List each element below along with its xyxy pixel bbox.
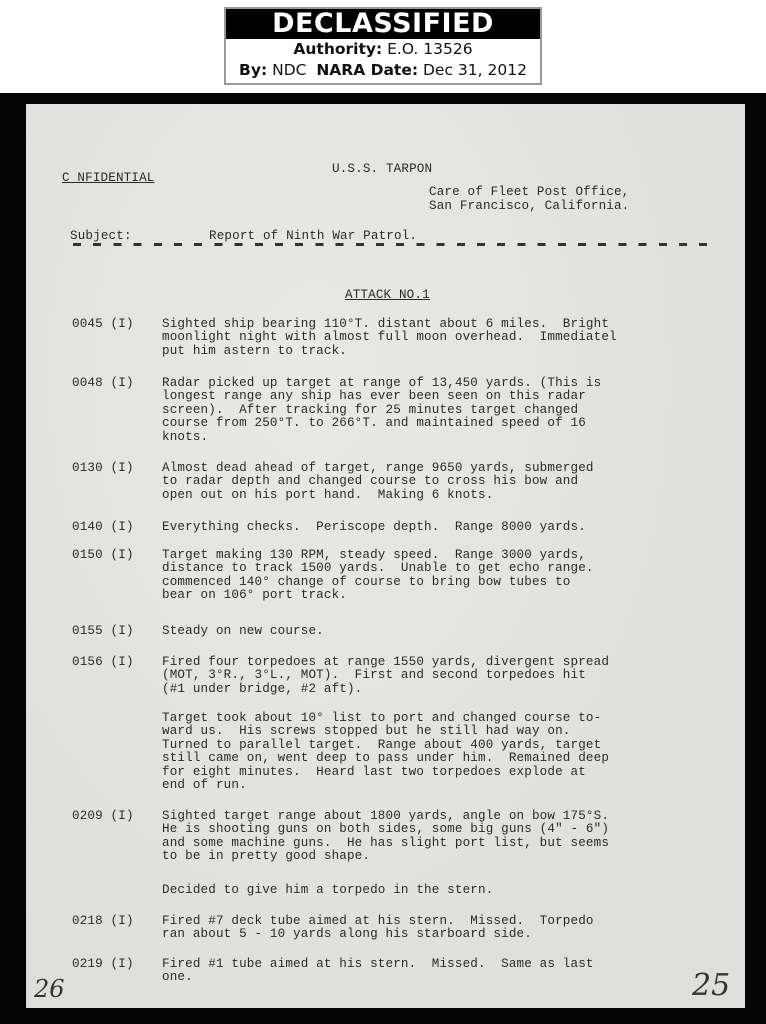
entry-text-line: for eight minutes. Heard last two torped… bbox=[162, 766, 586, 779]
entry-text-line: longest range any ship has ever been see… bbox=[162, 390, 586, 403]
section-title: ATTACK NO.1 bbox=[345, 289, 430, 302]
entry-text-line: Turned to parallel target. Range about 4… bbox=[162, 739, 601, 752]
entry-text-line: distance to track 1500 yards. Unable to … bbox=[162, 562, 594, 575]
entry-text-line: course from 250°T. to 266°T. and maintai… bbox=[162, 417, 586, 430]
entry-text-line: ward us. His screws stopped but he still… bbox=[162, 725, 571, 738]
entry-text-line: Fired #1 tube aimed at his stern. Missed… bbox=[162, 958, 594, 971]
entry-text-line: (#1 under bridge, #2 aft). bbox=[162, 683, 362, 696]
entry-text-line: commenced 140° change of course to bring… bbox=[162, 576, 571, 589]
stamp-authority: Authority: E.O. 13526 bbox=[226, 39, 540, 60]
entry-text-line: and some machine guns. He has slight por… bbox=[162, 837, 609, 850]
entry-text-line: moonlight night with almost full moon ov… bbox=[162, 331, 617, 344]
entry-text-line: Almost dead ahead of target, range 9650 … bbox=[162, 462, 594, 475]
entry-text-line: one. bbox=[162, 971, 193, 984]
entry-text-line: Everything checks. Periscope depth. Rang… bbox=[162, 521, 586, 534]
ship-name: U.S.S. TARPON bbox=[332, 163, 432, 176]
entry-text-line: Steady on new course. bbox=[162, 625, 324, 638]
entry-text-line: open out on his port hand. Making 6 knot… bbox=[162, 489, 493, 502]
entry-text-line: Sighted ship bearing 110°T. distant abou… bbox=[162, 318, 609, 331]
entry-text-line: screen). After tracking for 25 minutes t… bbox=[162, 404, 578, 417]
stamp-by-date: By: NDC NARA Date: Dec 31, 2012 bbox=[226, 60, 540, 81]
handwritten-page-number-left: 26 bbox=[34, 975, 65, 1003]
stamp-title: DECLASSIFIED bbox=[226, 9, 540, 39]
entry-time: 0048 (I) bbox=[72, 377, 134, 390]
entry-time: 0219 (I) bbox=[72, 958, 134, 971]
subject-label: Subject: bbox=[70, 230, 132, 243]
entry-text-line: Fired four torpedoes at range 1550 yards… bbox=[162, 656, 609, 669]
subject-value: Report of Ninth War Patrol. bbox=[209, 230, 417, 243]
entry-text-line: ran about 5 - 10 yards along his starboa… bbox=[162, 928, 532, 941]
entry-time: 0045 (I) bbox=[72, 318, 134, 331]
handwritten-page-number-right: 25 bbox=[692, 968, 730, 1003]
entry-time: 0130 (I) bbox=[72, 462, 134, 475]
separator-dashes bbox=[73, 243, 719, 246]
entry-text-line: He is shooting guns on both sides, some … bbox=[162, 823, 609, 836]
entry-time: 0156 (I) bbox=[72, 656, 134, 669]
entry-text-line: Decided to give him a torpedo in the ste… bbox=[162, 884, 493, 897]
address-line-1: Care of Fleet Post Office, bbox=[429, 186, 629, 199]
classification-marking: C NFIDENTIAL bbox=[62, 172, 155, 185]
entry-text-line: bear on 106° port track. bbox=[162, 589, 347, 602]
entry-text-line: put him astern to track. bbox=[162, 345, 347, 358]
entry-text-line: (MOT, 3°R., 3°L., MOT). First and second… bbox=[162, 669, 586, 682]
entry-time: 0150 (I) bbox=[72, 549, 134, 562]
entry-text-line: Target took about 10° list to port and c… bbox=[162, 712, 601, 725]
entry-text-line: to be in pretty good shape. bbox=[162, 850, 370, 863]
entry-time: 0140 (I) bbox=[72, 521, 134, 534]
entry-time: 0155 (I) bbox=[72, 625, 134, 638]
entry-text-line: Sighted target range about 1800 yards, a… bbox=[162, 810, 609, 823]
entry-text-line: Radar picked up target at range of 13,45… bbox=[162, 377, 601, 390]
entry-text-line: still came on, went deep to pass under h… bbox=[162, 752, 609, 765]
entry-time: 0209 (I) bbox=[72, 810, 134, 823]
entry-time: 0218 (I) bbox=[72, 915, 134, 928]
entry-text-line: Fired #7 deck tube aimed at his stern. M… bbox=[162, 915, 594, 928]
entry-text-line: to radar depth and changed course to cro… bbox=[162, 475, 578, 488]
address-line-2: San Francisco, California. bbox=[429, 200, 629, 213]
declassified-stamp: DECLASSIFIED Authority: E.O. 13526 By: N… bbox=[224, 7, 542, 85]
entry-text-line: Target making 130 RPM, steady speed. Ran… bbox=[162, 549, 586, 562]
entry-text-line: knots. bbox=[162, 431, 208, 444]
entry-text-line: end of run. bbox=[162, 779, 247, 792]
